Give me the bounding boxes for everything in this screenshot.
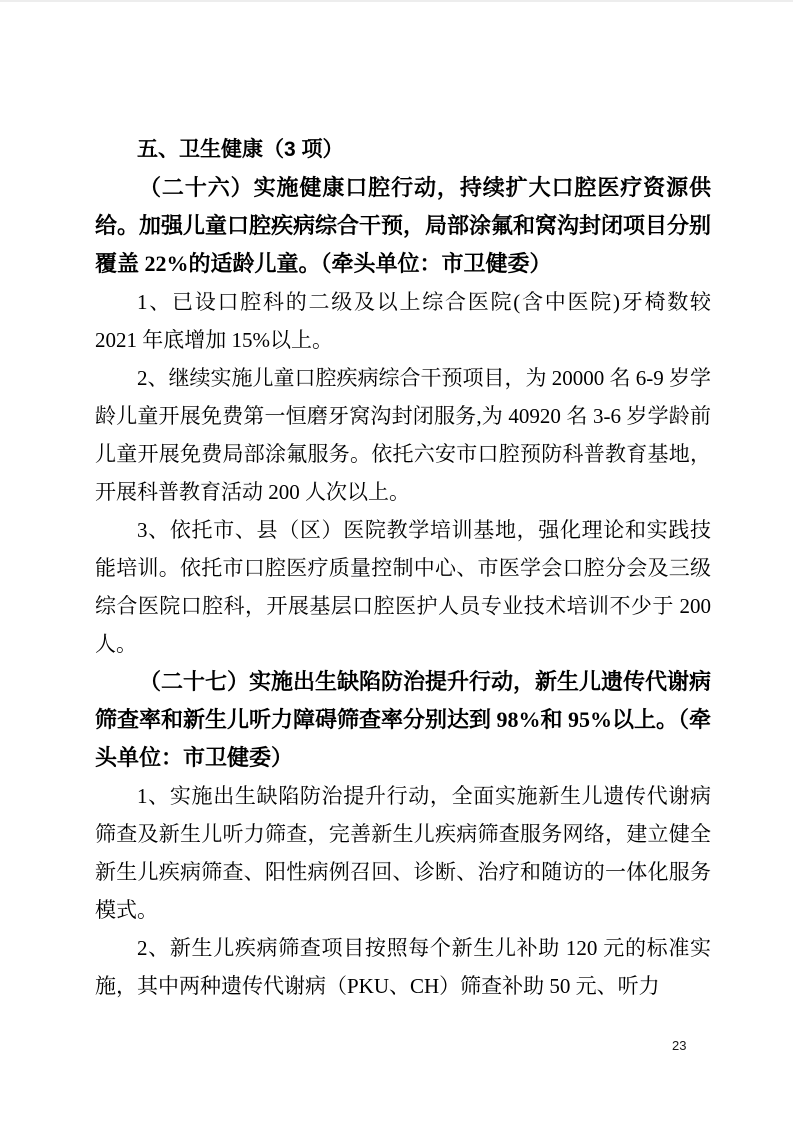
paragraph-item-26-lead: （二十六）实施健康口腔行动，持续扩大口腔医疗资源供给。加强儿童口腔疾病综合干预，… xyxy=(95,169,711,283)
paragraph-item-26-task-3: 3、依托市、县（区）医院教学培训基地，强化理论和实践技能培训。依托市口腔医疗质量… xyxy=(95,511,711,663)
paragraph-item-26-task-1: 1、已设口腔科的二级及以上综合医院(含中医院)牙椅数较 2021 年底增加 15… xyxy=(95,283,711,359)
paragraph-item-27-task-1: 1、实施出生缺陷防治提升行动，全面实施新生儿遗传代谢病筛查及新生儿听力筛查，完善… xyxy=(95,777,711,929)
paragraph-item-26-task-2: 2、继续实施儿童口腔疾病综合干预项目，为 20000 名 6-9 岁学龄儿童开展… xyxy=(95,359,711,511)
page-top-edge-divider xyxy=(0,0,793,2)
paragraph-item-27-lead: （二十七）实施出生缺陷防治提升行动，新生儿遗传代谢病筛查率和新生儿听力障碍筛查率… xyxy=(95,663,711,777)
document-body: 五、卫生健康（3 项） （二十六）实施健康口腔行动，持续扩大口腔医疗资源供给。加… xyxy=(95,131,711,1005)
page-number: 23 xyxy=(672,1038,686,1054)
paragraph-item-27-task-2: 2、新生儿疾病筛查项目按照每个新生儿补助 120 元的标准实施，其中两种遗传代谢… xyxy=(95,929,711,1005)
document-page: 五、卫生健康（3 项） （二十六）实施健康口腔行动，持续扩大口腔医疗资源供给。加… xyxy=(0,0,793,1122)
section-heading: 五、卫生健康（3 项） xyxy=(95,131,711,169)
